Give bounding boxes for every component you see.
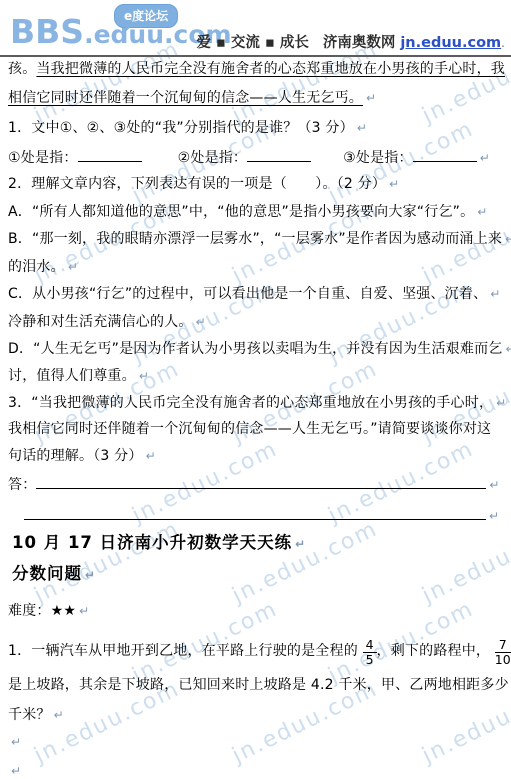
text-run: 答：	[8, 477, 36, 493]
paragraph-mark-icon: ↵	[480, 151, 490, 165]
doc-line: 1．一辆汽车从甲地开到乙地，在平路上行驶的是全程的 45，剩下的路程中， 710	[8, 634, 511, 668]
site-link[interactable]: jn.eduu.com	[400, 35, 501, 51]
logo-text-bbs: BBS	[10, 12, 84, 51]
doc-line: A．“所有人都知道他的意思”中，“他的意思”是指小男孩要向大家“行乞”。↵	[8, 203, 511, 222]
text-run: ③处是指：	[343, 150, 413, 166]
text-run: D．“人生无乞丐”是因为作者认为小男孩以卖唱为生，并没有因为生活艰难而乞	[8, 341, 502, 357]
paragraph-mark-icon: ↵	[79, 604, 89, 618]
text-run: 1．文中①、②、③处的“我”分别指代的是谁？（3 分）	[8, 120, 354, 136]
blank-field	[24, 505, 486, 520]
text-run: 千米？	[8, 707, 51, 723]
doc-line: ↵	[8, 762, 511, 779]
text-run: ，剩下的路程中，	[377, 643, 495, 659]
doc-line: ↵	[8, 733, 511, 752]
text-run: 冷静和对生活充满信心的人。	[8, 314, 193, 330]
tagline-text: 爱 ▪ 交流 ▪ 成长	[196, 35, 308, 51]
text-run: 分数问题	[12, 564, 82, 583]
paragraph-mark-icon: ↵	[146, 449, 156, 463]
doc-line: 的泪水。↵	[8, 258, 511, 277]
doc-line: 冷静和对生活充满信心的人。↵	[8, 313, 511, 332]
document-body: 孩。当我把微薄的人民币完全没有施舍者的心态郑重地放在小男孩的手心时，我相信它同时…	[0, 0, 511, 779]
doc-line: 3．“当我把微薄的人民币完全没有施舍者的心态郑重地放在小男孩的手心时，↵	[8, 394, 511, 413]
underlined-text: 相信它同时还伴随着一个沉甸甸的信念——人生无乞丐。	[8, 90, 363, 106]
doc-line: ↵	[8, 505, 511, 526]
doc-line: 是上坡路，其余是下坡路，已知回来时上坡路是 4.2 千米，甲、乙两地相距多少	[8, 676, 511, 695]
text-run: 10 月 17 日济南小升初数学天天练	[12, 533, 292, 552]
doc-line: 难度：★★↵	[8, 602, 511, 621]
badge-label: e度论坛	[124, 9, 168, 23]
paragraph-mark-icon: ↵	[295, 537, 305, 551]
paragraph-mark-icon: ↵	[505, 232, 511, 246]
fraction: 45	[363, 638, 377, 668]
paragraph-mark-icon: ↵	[496, 396, 506, 410]
text-run: B．“那一刻，我的眼睛亦漂浮一层雾水”，“一层雾水”是作者因为感动而涌上来	[8, 231, 502, 247]
doc-line: 分数问题↵	[12, 564, 511, 585]
doc-line: 句话的理解。（3 分）↵	[8, 447, 511, 466]
paragraph-mark-icon: ↵	[139, 369, 149, 383]
paragraph-mark-icon: ↵	[85, 568, 95, 582]
text-run: 是上坡路，其余是下坡路，已知回来时上坡路是 4.2 千米，甲、乙两地相距多少	[8, 677, 509, 693]
fraction-denominator: 5	[363, 653, 377, 667]
text-run: ①处是指：	[8, 150, 78, 166]
header-tagline-bar: 爱 ▪ 交流 ▪ 成长济南奥数网jn.eduu.com.	[196, 31, 505, 52]
paragraph-mark-icon: ↵	[11, 735, 21, 749]
underlined-text: 当我把微薄的人民币完全没有施舍者的心态郑重地放在小男孩的手心时，我	[36, 61, 505, 77]
text-run: C．从小男孩“行乞”的过程中，可以看出他是一个自重、自爱、坚强、沉着、	[8, 286, 487, 302]
paragraph-mark-icon: ↵	[489, 509, 499, 523]
doc-line: 10 月 17 日济南小升初数学天天练↵	[12, 533, 511, 554]
paragraph-mark-icon: ↵	[68, 260, 78, 274]
doc-line: B．“那一刻，我的眼睛亦漂浮一层雾水”，“一层雾水”是作者因为感动而涌上来↵	[8, 230, 511, 249]
text-run: 的泪水。	[8, 259, 65, 275]
paragraph-mark-icon: ↵	[389, 177, 399, 191]
doc-line: 孩。当我把微薄的人民币完全没有施舍者的心态郑重地放在小男孩的手心时，我	[8, 60, 511, 79]
document-page: jn.eduu.comjn.eduu.comjn.eduu.comjn.eduu…	[0, 0, 511, 779]
badge-tail-icon	[125, 26, 132, 32]
doc-line: 1．文中①、②、③处的“我”分别指代的是谁？（3 分）↵	[8, 119, 511, 138]
doc-line: 千米？↵	[8, 706, 511, 725]
paragraph-mark-icon: ↵	[357, 121, 367, 135]
doc-line: 2．理解文章内容，下列表达有误的一项是（ ）。（2 分）↵	[8, 175, 511, 194]
doc-line: C．从小男孩“行乞”的过程中，可以看出他是一个自重、自爱、坚强、沉着、↵	[8, 285, 511, 304]
paragraph-mark-icon: ↵	[11, 764, 21, 778]
doc-line: ①处是指：②处是指：③处是指：↵	[8, 147, 511, 168]
paragraph-mark-icon: ↵	[54, 708, 64, 722]
text-run: 句话的理解。（3 分）	[8, 448, 143, 464]
text-run: A．“所有人都知道他的意思”中，“他的意思”是指小男孩要向大家“行乞”。	[8, 204, 474, 220]
text-run: 讨，值得人们尊重。	[8, 368, 136, 384]
edu-forum-badge: e度论坛	[114, 4, 178, 28]
fraction-numerator: 4	[363, 638, 377, 653]
fraction: 710	[495, 638, 511, 668]
paragraph-mark-icon: ↵	[196, 315, 206, 329]
text-run: 孩。	[8, 61, 36, 77]
text-run: 3．“当我把微薄的人民币完全没有施舍者的心态郑重地放在小男孩的手心时，	[8, 395, 493, 411]
paragraph-mark-icon: ↵	[505, 342, 511, 356]
blank-field	[413, 147, 477, 162]
fraction-numerator: 7	[495, 638, 511, 653]
paragraph-mark-icon: ↵	[477, 205, 487, 219]
doc-line: 讨，值得人们尊重。↵	[8, 367, 511, 386]
doc-line: 答：↵	[8, 474, 511, 495]
text-run: 难度：★★	[8, 603, 76, 619]
blank-field	[78, 147, 142, 162]
paragraph-mark-icon: ↵	[489, 478, 499, 492]
text-run: 2．理解文章内容，下列表达有误的一项是（ ）。（2 分）	[8, 176, 386, 192]
doc-line: 我相信它同时还伴随着一个沉甸甸的信念——人生无乞丐。”请简要谈谈你对这	[8, 420, 511, 439]
paragraph-mark-icon: ↵	[490, 287, 500, 301]
blank-field	[36, 474, 486, 489]
text-run: 我相信它同时还伴随着一个沉甸甸的信念——人生无乞丐。”请简要谈谈你对这	[8, 421, 491, 437]
paragraph-mark-icon: ↵	[366, 91, 376, 105]
text-run: ②处是指：	[178, 150, 248, 166]
doc-line: 相信它同时还伴随着一个沉甸甸的信念——人生无乞丐。↵	[8, 89, 511, 108]
page-header: BBS.eduu.com e度论坛 爱 ▪ 交流 ▪ 成长济南奥数网jn.edu…	[0, 0, 511, 57]
site-name: 济南奥数网	[323, 35, 396, 51]
doc-line: D．“人生无乞丐”是因为作者认为小男孩以卖唱为生，并没有因为生活艰难而乞↵	[8, 340, 511, 359]
trailing-dot: .	[501, 36, 505, 50]
text-run: 1．一辆汽车从甲地开到乙地，在平路上行驶的是全程的	[8, 643, 363, 659]
blank-field	[247, 147, 311, 162]
fraction-denominator: 10	[495, 653, 511, 667]
